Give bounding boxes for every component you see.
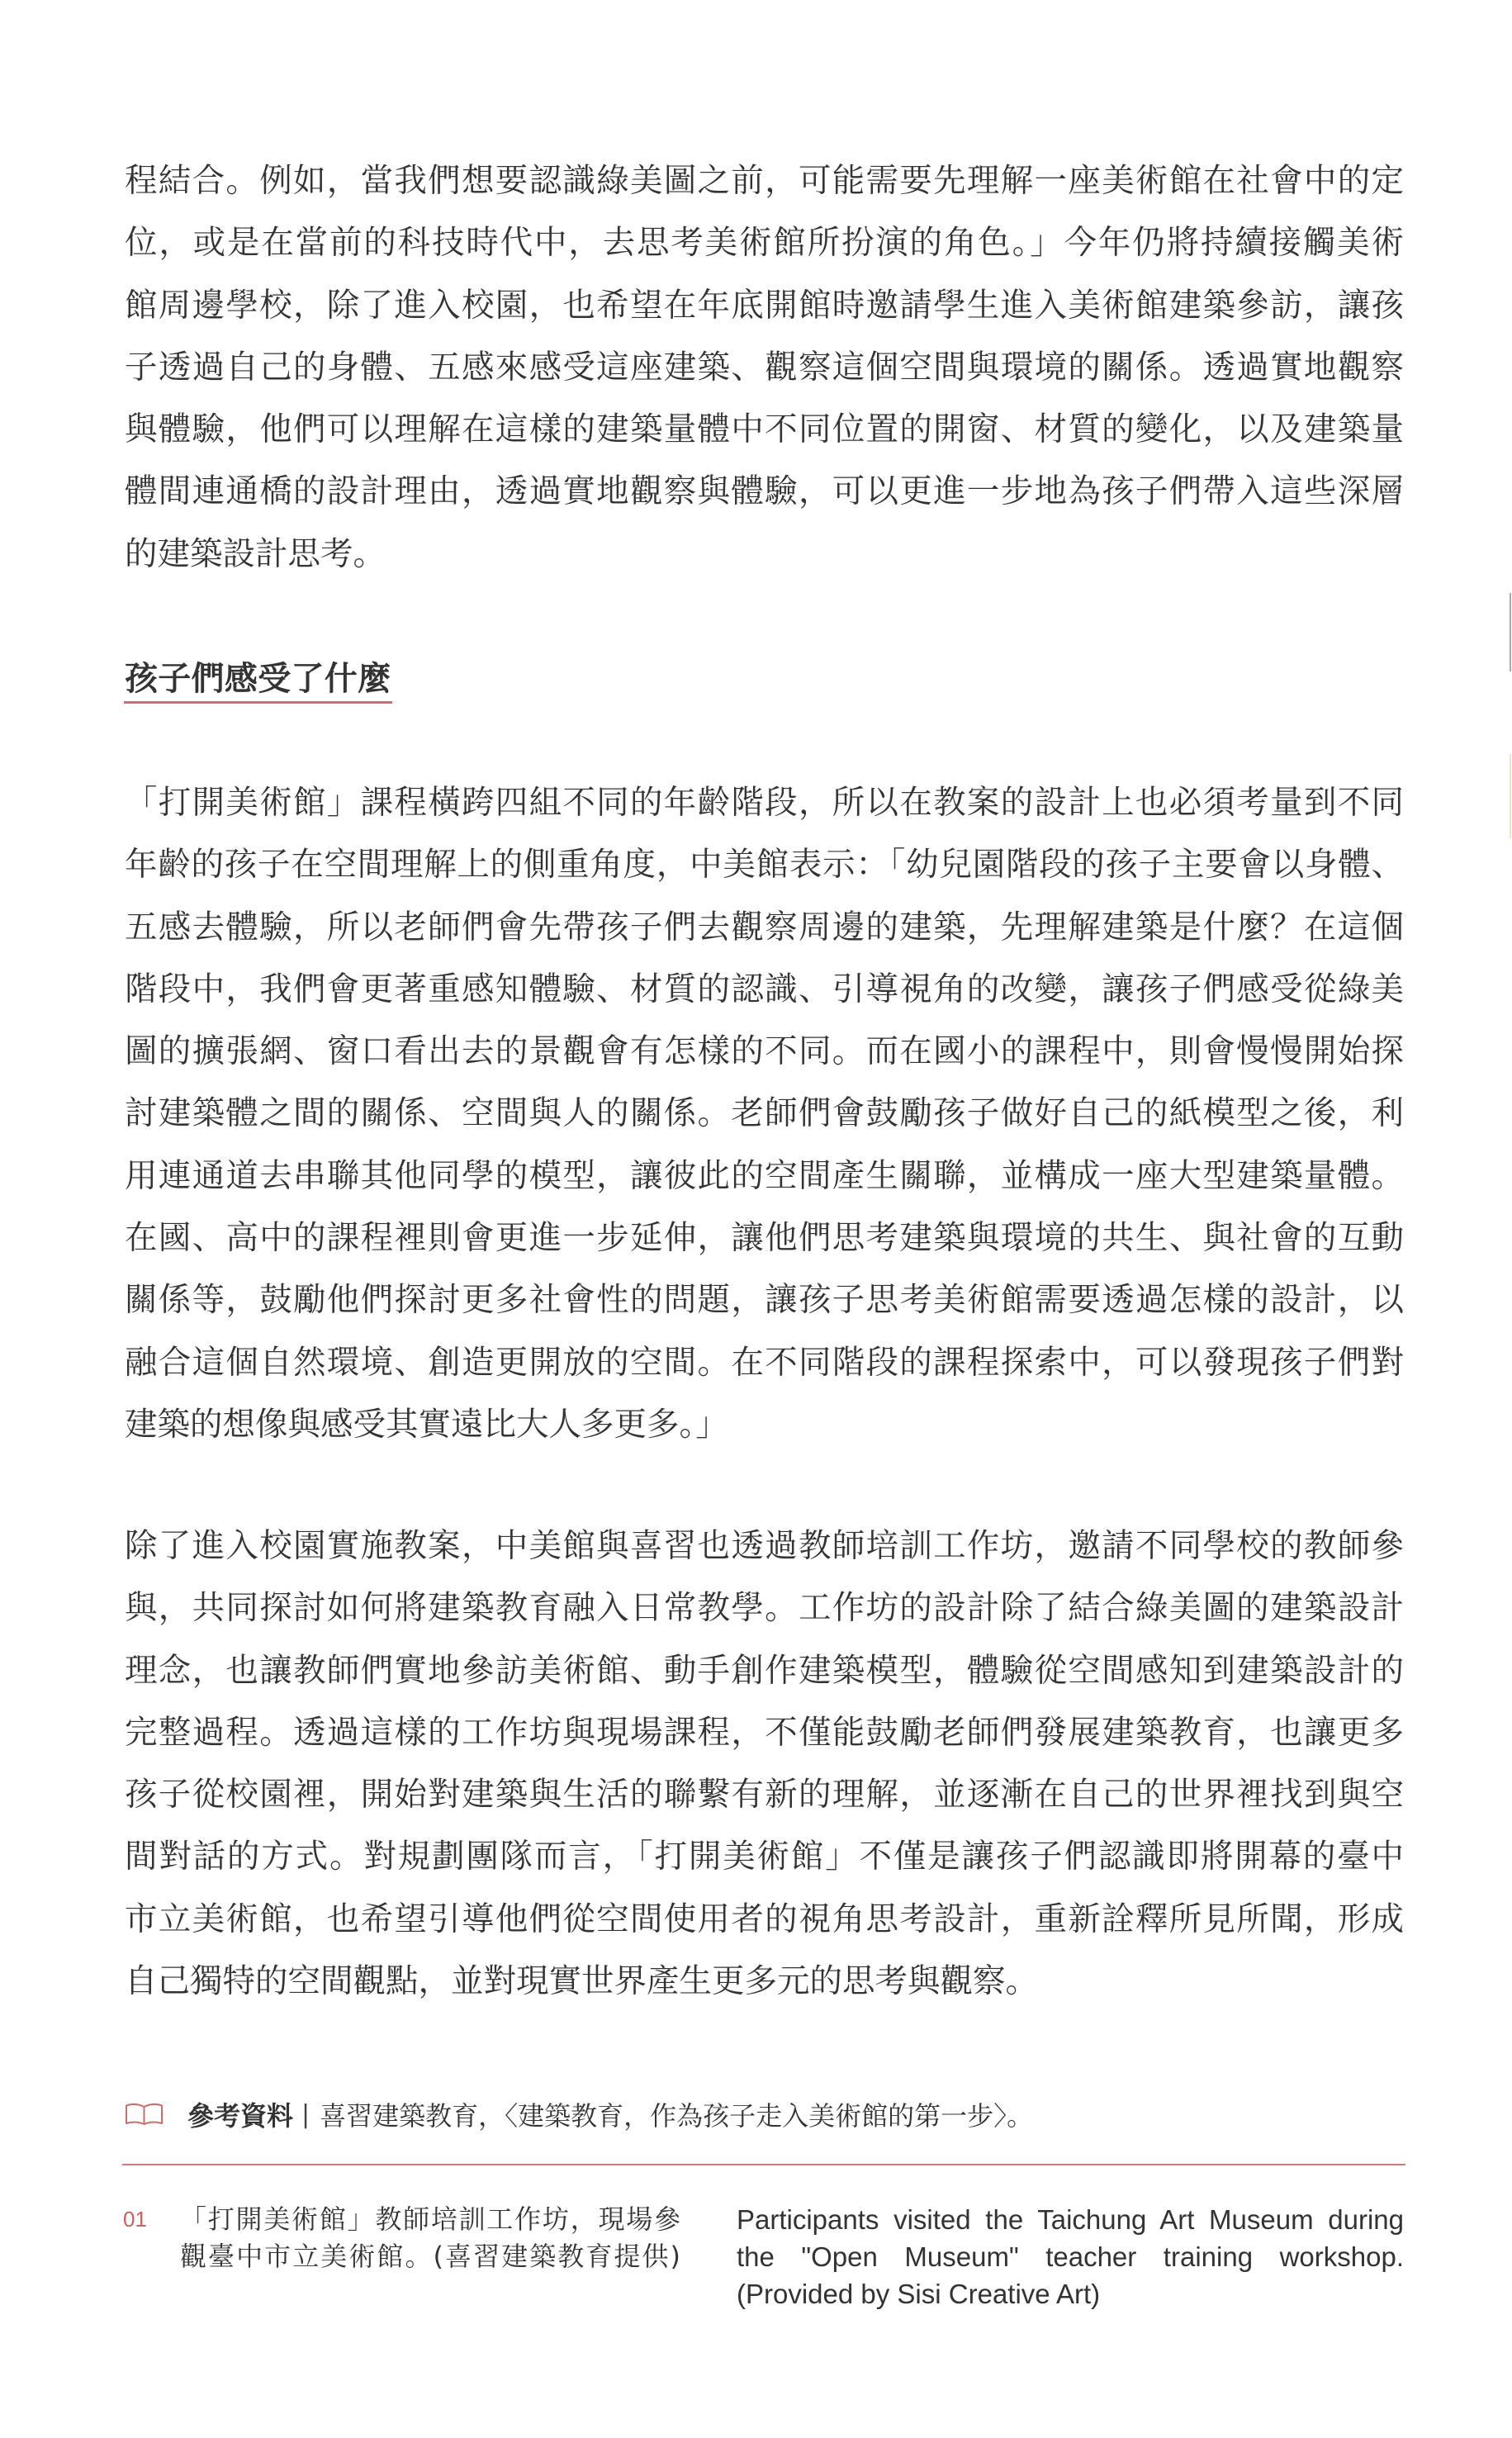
text-line: 用連通道去串聯其他同學的模型，讓彼此的空間產生關聯，並構成一座大型建築量體。 (125, 1145, 1404, 1207)
text-line: 年齡的孩子在空間理解上的側重角度，中美館表示：「幼兒園階段的孩子主要會以身體、 (125, 834, 1404, 896)
text-line: 融合這個自然環境、創造更開放的空間。在不同階段的課程探索中，可以發現孩子們對 (125, 1332, 1404, 1394)
heading-underline (124, 701, 392, 704)
text-line: 「打開美術館」課程橫跨四組不同的年齡階段，所以在教案的設計上也必須考量到不同 (125, 772, 1404, 834)
text-line: 體間連通橋的設計理由，透過實地觀察與體驗，可以更進一步地為孩子們帶入這些深層 (125, 461, 1404, 523)
caption-english: Participants visited the Taichung Art Mu… (737, 2201, 1404, 2312)
reference-note: 參考資料 | 喜習建築教育，〈建築教育，作為孩子走入美術館的第一步〉。 (125, 2094, 1033, 2135)
text-line: 的建築設計思考。 (125, 524, 1404, 586)
caption-line: Participants visited the Taichung Art Mu… (737, 2201, 1404, 2238)
caption-number: 01 (123, 2201, 147, 2238)
text-line: 市立美術館，也希望引導他們從空間使用者的視角思考設計，重新詮釋所見所聞，形成 (125, 1889, 1404, 1951)
reference-label: 參考資料 (187, 2095, 293, 2133)
text-line: 完整過程。透過這樣的工作坊與現場課程，不僅能鼓勵老師們發展建築教育，也讓更多 (125, 1702, 1404, 1764)
page-edge-mark (1510, 754, 1511, 838)
text-line: 孩子從校園裡，開始對建築與生活的聯繫有新的理解，並逐漸在自己的世界裡找到與空 (125, 1764, 1404, 1826)
text-line: 自己獨特的空間觀點，並對現實世界產生更多元的思考與觀察。 (125, 1951, 1404, 2013)
text-line: 討建築體之間的關係、空間與人的關係。老師們會鼓勵孩子做好自己的紙模型之後，利 (125, 1083, 1404, 1145)
caption-line: 觀臺中市立美術館。(喜習建築教育提供) (180, 2238, 680, 2275)
caption-line: (Provided by Sisi Creative Art) (737, 2275, 1404, 2312)
text-line: 圖的擴張網、窗口看出去的景觀會有怎樣的不同。而在國小的課程中，則會慢慢開始探 (125, 1021, 1404, 1083)
text-line: 與體驗，他們可以理解在這樣的建築量體中不同位置的開窗、材質的變化，以及建築量 (125, 399, 1404, 461)
text-line: 關係等，鼓勵他們探討更多社會性的問題，讓孩子思考美術館需要透過怎樣的設計，以 (125, 1269, 1404, 1331)
text-line: 與，共同探討如何將建築教育融入日常教學。工作坊的設計除了結合綠美圖的建築設計 (125, 1577, 1404, 1639)
text-line: 館周邊學校，除了進入校園，也希望在年底開館時邀請學生進入美術館建築參訪，讓孩 (125, 275, 1404, 337)
caption-divider (122, 2164, 1405, 2165)
text-line: 位，或是在當前的科技時代中，去思考美術館所扮演的角色。」今年仍將持續接觸美術 (125, 212, 1404, 274)
page-edge-mark (1510, 593, 1511, 671)
book-icon (125, 2103, 164, 2126)
text-line: 理念，也讓教師們實地參訪美術館、動手創作建築模型，體驗從空間感知到建築設計的 (125, 1640, 1404, 1702)
text-line: 階段中，我們會更著重感知體驗、材質的認識、引導視角的改變，讓孩子們感受從綠美 (125, 959, 1404, 1021)
text-line: 除了進入校園實施教案，中美館與喜習也透過教師培訓工作坊，邀請不同學校的教師參 (125, 1515, 1404, 1577)
section-paragraph: 除了進入校園實施教案，中美館與喜習也透過教師培訓工作坊，邀請不同學校的教師參 與… (125, 1515, 1404, 2013)
section-paragraph: 「打開美術館」課程橫跨四組不同的年齡階段，所以在教案的設計上也必須考量到不同 年… (125, 772, 1404, 1456)
reference-citation: 喜習建築教育，〈建築教育，作為孩子走入美術館的第一步〉。 (320, 2095, 1033, 2133)
text-line: 在國、高中的課程裡則會更進一步延伸，讓他們思考建築與環境的共生、與社會的互動 (125, 1207, 1404, 1269)
text-line: 子透過自己的身體、五感來感受這座建築、觀察這個空間與環境的關係。透過實地觀察 (125, 337, 1404, 399)
reference-separator: | (301, 2100, 310, 2129)
text-line: 間對話的方式。對規劃團隊而言，「打開美術館」不僅是讓孩子們認識即將開幕的臺中 (125, 1826, 1404, 1888)
caption-line: the "Open Museum" teacher training works… (737, 2238, 1404, 2275)
caption-line: 「打開美術館」教師培訓工作坊，現場參 (180, 2201, 680, 2238)
caption-chinese: 「打開美術館」教師培訓工作坊，現場參 觀臺中市立美術館。(喜習建築教育提供) (180, 2201, 680, 2275)
magazine-page: 程結合。例如，當我們想要認識綠美圖之前，可能需要先理解一座美術館在社會中的定 位… (0, 0, 1512, 2438)
text-line: 五感去體驗，所以老師們會先帶孩子們去觀察周邊的建築，先理解建築是什麼？在這個 (125, 897, 1404, 959)
intro-paragraph: 程結合。例如，當我們想要認識綠美圖之前，可能需要先理解一座美術館在社會中的定 位… (125, 150, 1404, 586)
text-line: 程結合。例如，當我們想要認識綠美圖之前，可能需要先理解一座美術館在社會中的定 (125, 150, 1404, 212)
text-line: 建築的想像與感受其實遠比大人多更多。」 (125, 1394, 1404, 1456)
